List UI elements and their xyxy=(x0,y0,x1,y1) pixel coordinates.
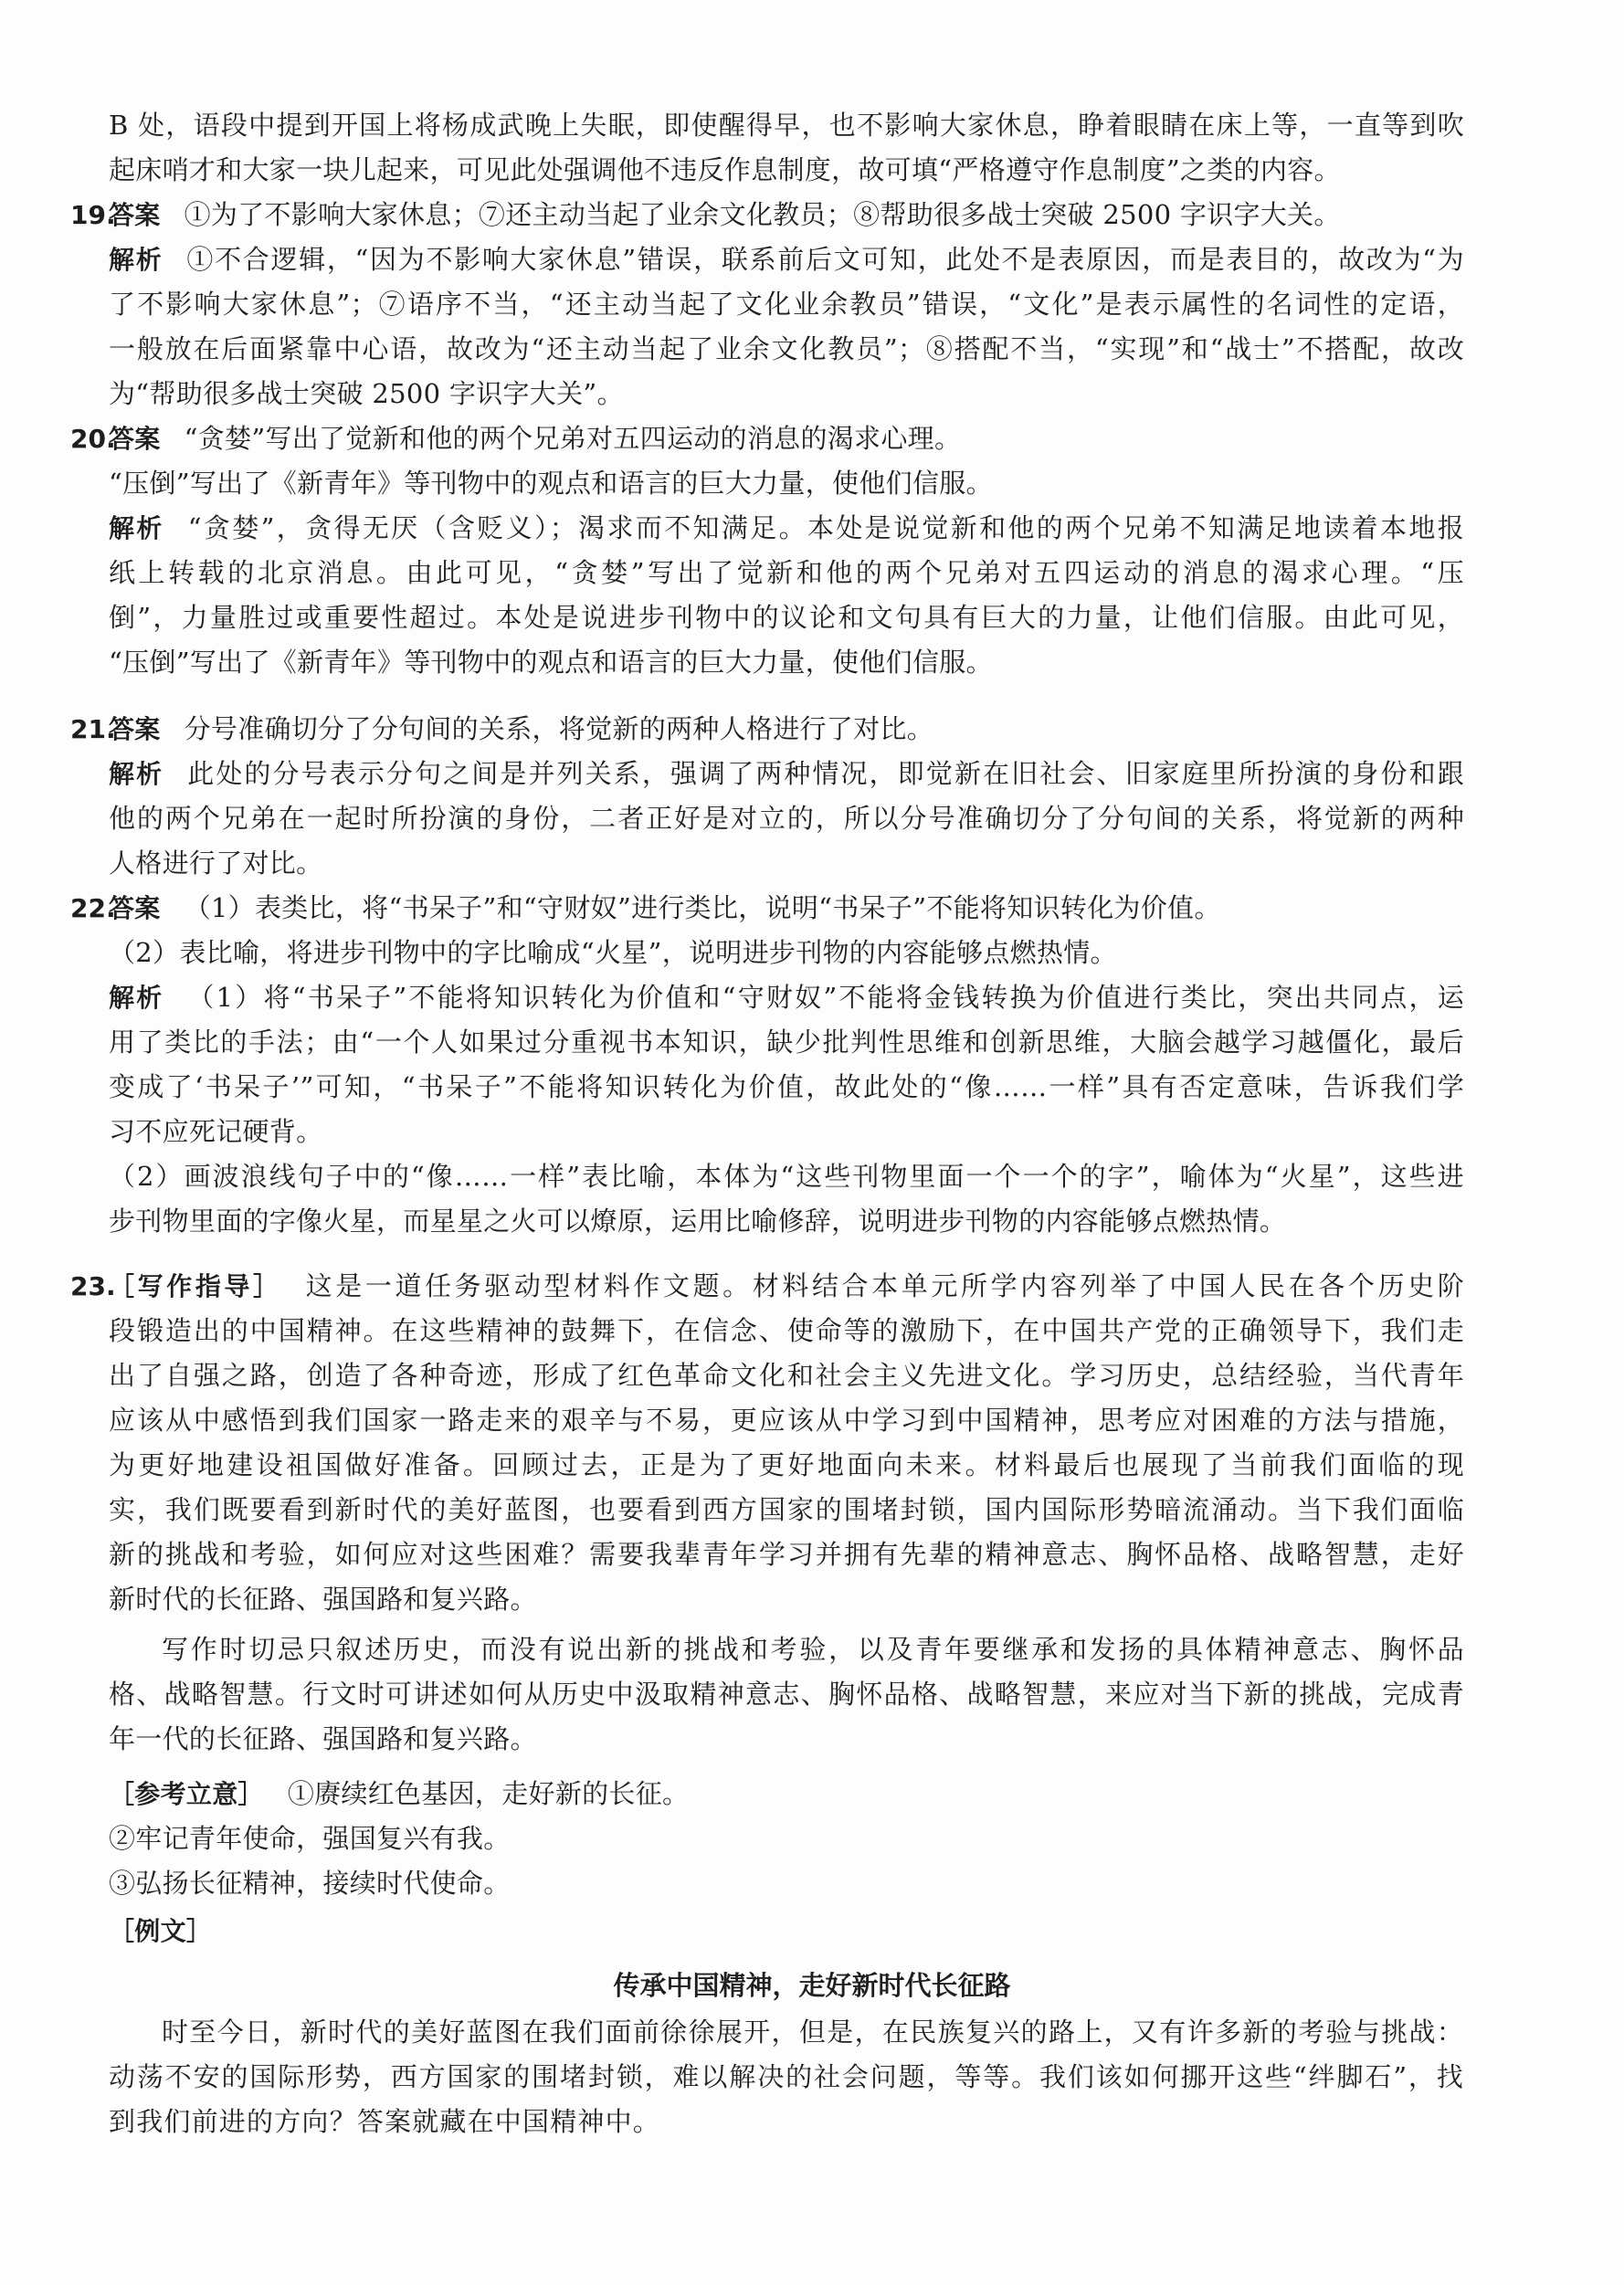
answer-label: 答案 xyxy=(109,893,161,923)
paragraph-line: “压倒”写出了《新青年》等刊物中的观点和语言的巨大力量，使他们信服。 xyxy=(109,640,1464,685)
paragraph-line: （2）画波浪线句子中的“像……一样”表比喻，本体为“这些刊物里面一个一个的字”，… xyxy=(109,1154,1464,1199)
answer-label: 答案 xyxy=(109,714,161,744)
analysis-label: 解析 xyxy=(109,245,163,275)
answer-text: ①为了不影响大家休息；⑦还主动当起了业余文化教员；⑧帮助很多战士突破 2500 … xyxy=(185,199,1341,230)
q20-answer: 答案“贪婪”写出了觉新和他的两个兄弟对五四运动的消息的渴求心理。 xyxy=(109,416,1464,461)
paragraph-line: 应该从中感悟到我们国家一路走来的艰辛与不易，更应该从中学习到中国精神，思考应对困… xyxy=(109,1398,1464,1443)
paragraph-line: 纸上转载的北京消息。由此可见，“贪婪”写出了觉新和他的两个兄弟对五四运动的消息的… xyxy=(109,551,1464,595)
analysis-text: ①不合逻辑，“因为不影响大家休息”错误，联系前后文可知，此处不是表原因，而是表目… xyxy=(186,244,1464,275)
writing-guide-label: ［写作指导］ xyxy=(109,1271,282,1301)
analysis-text: “贪婪”，贪得无厌（含贬义）；渴求而不知满足。本处是说觉新和他的两个兄弟不知满足… xyxy=(188,512,1464,543)
answer-text: “贪婪”写出了觉新和他的两个兄弟对五四运动的消息的渴求心理。 xyxy=(185,423,962,454)
reference-ideas: ［参考立意］①赓续红色基因，走好新的长征。 xyxy=(109,1772,1464,1816)
answer-label: 答案 xyxy=(109,424,161,454)
q22-analysis: 解析（1）将“书呆子”不能将知识转化为价值和“守财奴”不能将金钱转换为价值进行类… xyxy=(109,975,1464,1020)
example-essay-heading: ［例文］ xyxy=(109,1909,1464,1953)
answer-text: （1）表类比，将“书呆子”和“守财奴”进行类比，说明“书呆子”不能将知识转化为价… xyxy=(185,892,1221,923)
paragraph-line: 他的两个兄弟在一起时所扮演的身份，二者正好是对立的，所以分号准确切分了分句间的关… xyxy=(109,796,1464,841)
paragraph-line: 新时代的长征路、强国路和复兴路。 xyxy=(109,1577,1464,1622)
q21-analysis: 解析此处的分号表示分句之间是并列关系，强调了两种情况，即觉新在旧社会、旧家庭里所… xyxy=(109,752,1464,796)
q19-analysis: 解析①不合逻辑，“因为不影响大家休息”错误，联系前后文可知，此处不是表原因，而是… xyxy=(109,237,1464,282)
analysis-label: 解析 xyxy=(109,513,164,543)
paragraph-line: 为更好地建设祖国做好准备。回顾过去，正是为了更好地面向未来。材料最后也展现了当前… xyxy=(109,1443,1464,1488)
essay-title: 传承中国精神，走好新时代长征路 xyxy=(0,1963,1624,2008)
analysis-label: 解析 xyxy=(109,759,163,789)
paragraph-line: 步刊物里面的字像火星，而星星之火可以燎原，运用比喻修辞，说明进步刊物的内容能够点… xyxy=(109,1199,1464,1244)
idea-item: ①赓续红色基因，走好新的长征。 xyxy=(288,1778,690,1809)
q21-answer: 答案分号准确切分了分句间的关系，将觉新的两种人格进行了对比。 xyxy=(109,707,1464,752)
paragraph-line: “压倒”写出了《新青年》等刊物中的观点和语言的巨大力量，使他们信服。 xyxy=(109,461,1464,506)
paragraph-line: 一般放在后面紧靠中心语，故改为“还主动当起了业余文化教员”；⑧搭配不当，“实现”… xyxy=(109,327,1464,372)
answer-label: 答案 xyxy=(109,200,161,230)
paragraph-line: 变成了‘书呆子’”可知，“书呆子”不能将知识转化为价值，故此处的“像……一样”具… xyxy=(109,1065,1464,1110)
answer-text: 分号准确切分了分句间的关系，将觉新的两种人格进行了对比。 xyxy=(185,713,933,744)
q23-guide: ［写作指导］这是一道任务驱动型材料作文题。材料结合本单元所学内容列举了中国人民在… xyxy=(109,1264,1464,1309)
essay-line: 时至今日，新时代的美好蓝图在我们面前徐徐展开，但是，在民族复兴的路上，又有许多新… xyxy=(109,2010,1464,2055)
paragraph-line: 新的挑战和考验，如何应对这些困难？需要我辈青年学习并拥有先辈的精神意志、胸怀品格… xyxy=(109,1532,1464,1577)
guide-text: 这是一道任务驱动型材料作文题。材料结合本单元所学内容列举了中国人民在各个历史阶 xyxy=(306,1270,1464,1301)
paragraph-line: 了不影响大家休息”；⑦语序不当，“还主动当起了文化业余教员”错误，“文化”是表示… xyxy=(109,282,1464,327)
paragraph-line: 人格进行了对比。 xyxy=(109,841,1464,886)
analysis-label: 解析 xyxy=(109,983,163,1013)
example-label: ［例文］ xyxy=(109,1916,212,1946)
paragraph-line: 年一代的长征路、强国路和复兴路。 xyxy=(109,1717,1464,1762)
paragraph-line: 段锻造出的中国精神。在这些精神的鼓舞下，在信念、使命等的激励下，在中国共产党的正… xyxy=(109,1309,1464,1353)
answer-key-page: B 处，语段中提到开国上将杨成武晚上失眠，即使醒得早，也不影响大家休息，睁着眼睛… xyxy=(0,0,1624,2285)
reference-ideas-label: ［参考立意］ xyxy=(109,1779,264,1809)
analysis-text: 此处的分号表示分句之间是并列关系，强调了两种情况，即觉新在旧社会、旧家庭里所扮演… xyxy=(187,758,1464,789)
paragraph-line: 倒”，力量胜过或重要性超过。本处是说进步刊物中的议论和文句具有巨大的力量，让他们… xyxy=(109,595,1464,640)
paragraph-line: 起床哨才和大家一块儿起来，可见此处强调他不违反作息制度，故可填“严格遵守作息制度… xyxy=(109,148,1464,193)
paragraph-line: 出了自强之路，创造了各种奇迹，形成了红色革命文化和社会主义先进文化。学习历史，总… xyxy=(109,1353,1464,1398)
paragraph-line: 用了类比的手法；由“一个人如果过分重视书本知识，缺少批判性思维和创新思维，大脑会… xyxy=(109,1020,1464,1065)
paragraph-line: 格、战略智慧。行文时可讲述如何从历史中汲取精神意志、胸怀品格、战略智慧，来应对当… xyxy=(109,1672,1464,1717)
paragraph-line: 实，我们既要看到新时代的美好蓝图，也要看到西方国家的围堵封锁，国内国际形势暗流涌… xyxy=(109,1488,1464,1532)
paragraph-line: B 处，语段中提到开国上将杨成武晚上失眠，即使醒得早，也不影响大家休息，睁着眼睛… xyxy=(109,103,1464,148)
paragraph-line: （2）表比喻，将进步刊物中的字比喻成“火星”，说明进步刊物的内容能够点燃热情。 xyxy=(109,931,1464,975)
essay-line: 动荡不安的国际形势，西方国家的围堵封锁，难以解决的社会问题，等等。我们该如何挪开… xyxy=(109,2055,1464,2100)
analysis-text: （1）将“书呆子”不能将知识转化为价值和“守财奴”不能将金钱转换为价值进行类比，… xyxy=(187,982,1464,1013)
paragraph-line: 写作时切忌只叙述历史，而没有说出新的挑战和考验，以及青年要继承和发扬的具体精神意… xyxy=(109,1627,1464,1672)
q22-answer: 答案（1）表类比，将“书呆子”和“守财奴”进行类比，说明“书呆子”不能将知识转化… xyxy=(109,886,1464,931)
paragraph-line: 为“帮助很多战士突破 2500 字识字大关”。 xyxy=(109,372,1464,416)
idea-item: ②牢记青年使命，强国复兴有我。 xyxy=(109,1816,1464,1861)
q19-answer: 答案①为了不影响大家休息；⑦还主动当起了业余文化教员；⑧帮助很多战士突破 250… xyxy=(109,193,1464,237)
q20-analysis: 解析“贪婪”，贪得无厌（含贬义）；渴求而不知满足。本处是说觉新和他的两个兄弟不知… xyxy=(109,506,1464,551)
paragraph-line: 习不应死记硬背。 xyxy=(109,1110,1464,1154)
essay-line: 到我们前进的方向？答案就藏在中国精神中。 xyxy=(109,2100,1464,2144)
idea-item: ③弘扬长征精神，接续时代使命。 xyxy=(109,1861,1464,1906)
